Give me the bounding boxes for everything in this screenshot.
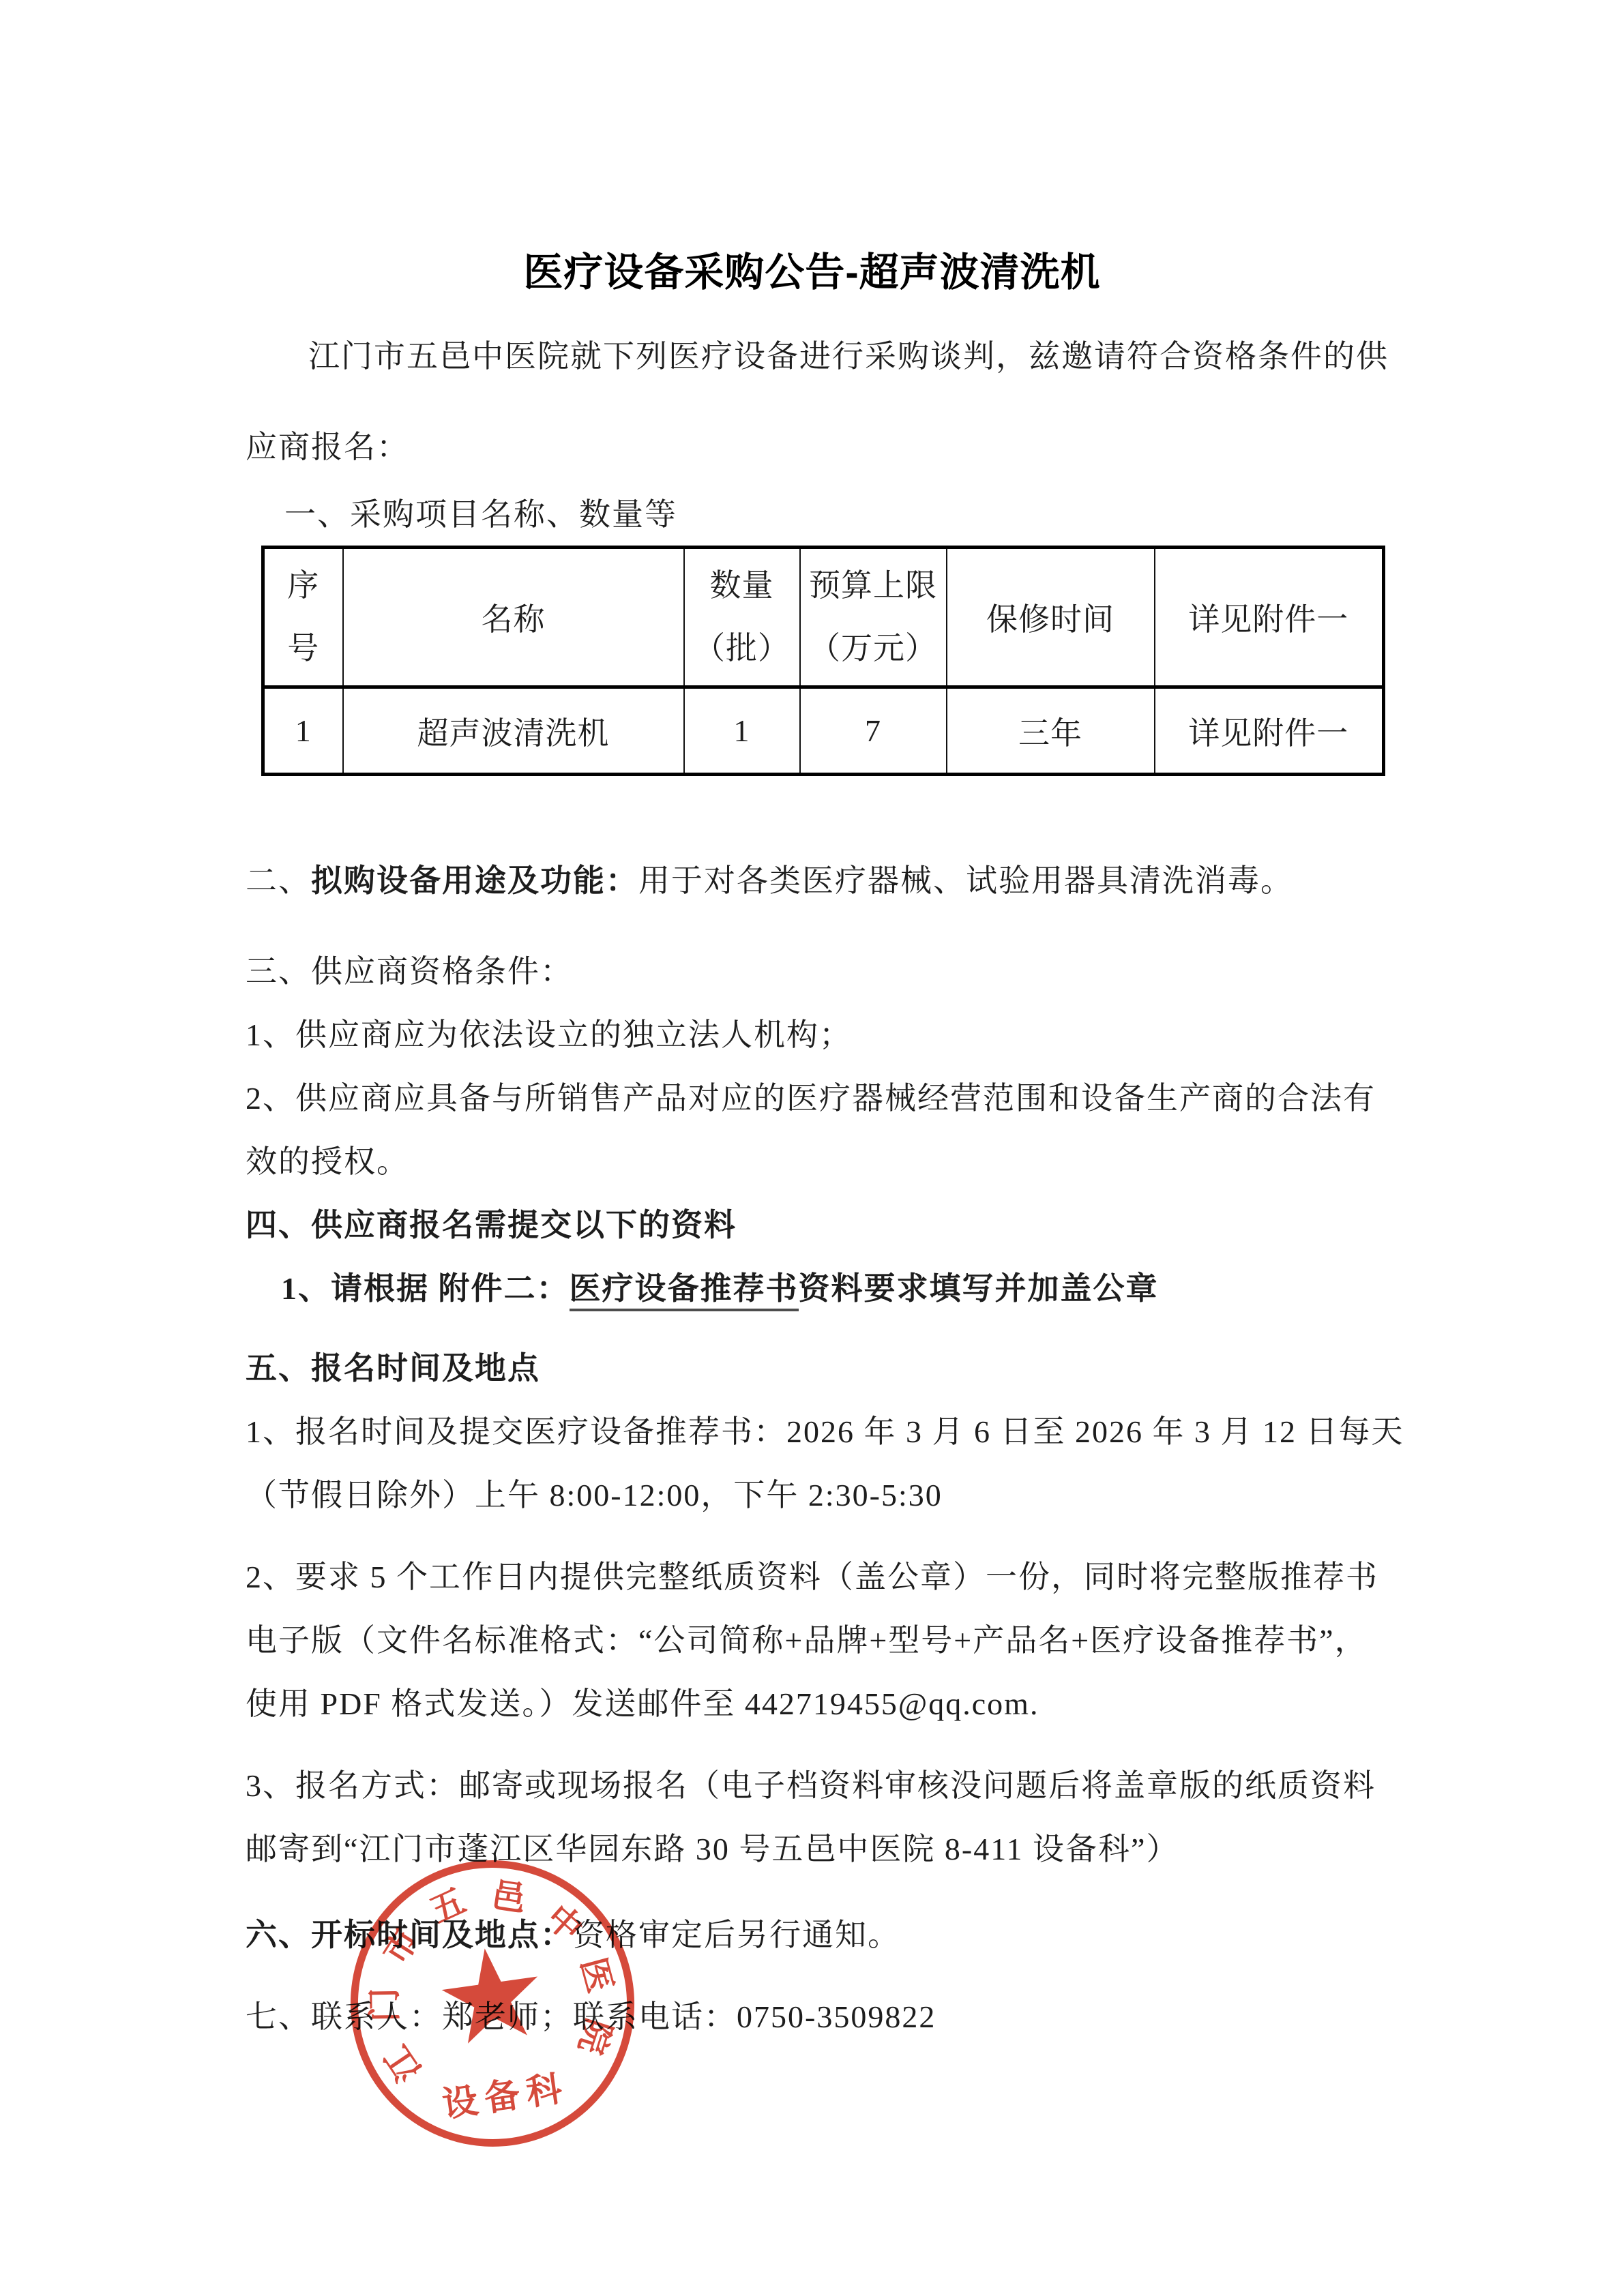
section3-item2-line2: 效的授权。: [246, 1131, 1391, 1193]
table-header-warranty: 保修时间: [947, 548, 1155, 687]
page-title: 医疗设备采购公告-超声波清洗机: [0, 241, 1624, 304]
cell-budget: 7: [800, 687, 947, 775]
section2-num: 二、: [246, 863, 311, 898]
cell-attachment: 详见附件一: [1155, 687, 1384, 775]
table-header-seq: 序 号: [263, 548, 343, 687]
section7-line: 七、联系人：郑老师；联系电话：0750-3509822: [246, 1986, 1391, 2048]
table-row: 1 超声波清洗机 1 7 三年 详见附件一: [263, 687, 1384, 775]
document-page: 医疗设备采购公告-超声波清洗机 江门市五邑中医院就下列医疗设备进行采购谈判，兹邀…: [0, 0, 1624, 2296]
section1-heading: 一、采购项目名称、数量等: [284, 483, 1430, 546]
table-header-qty: 数量 （批）: [684, 548, 800, 687]
cell-name: 超声波清洗机: [343, 687, 684, 775]
section6-text: 资格审定后另行通知。: [573, 1918, 900, 1952]
section5-item3-line1: 3、报名方式：邮寄或现场报名（电子档资料审核没问题后将盖章版的纸质资料: [246, 1755, 1391, 1817]
table-header-budget: 预算上限 （万元）: [800, 548, 947, 687]
section4-item1-suffix: 资料要求填写并加盖公章: [799, 1271, 1159, 1306]
section2-label: 拟购设备用途及功能：: [311, 863, 638, 898]
section4-item1: 1、请根据 附件二：医疗设备推荐书资料要求填写并加盖公章: [281, 1257, 1427, 1320]
section4-heading: 四、供应商报名需提交以下的资料: [246, 1194, 1391, 1257]
intro-line-2: 应商报名：: [246, 416, 1391, 479]
table-header-row: 序 号 名称 数量 （批） 预算上限 （万元） 保修时间 详见附件一: [263, 548, 1384, 687]
section2-line: 二、拟购设备用途及功能：用于对各类医疗器械、试验用器具清洗消毒。: [246, 850, 1391, 912]
section3-heading: 三、供应商资格条件：: [246, 940, 1391, 1003]
table-header-attachment: 详见附件一: [1155, 548, 1384, 687]
section4-item1-underlined: 医疗设备推荐书: [570, 1271, 799, 1311]
section6-line: 六、开标时间及地点：资格审定后另行通知。: [246, 1904, 1391, 1967]
intro-line-1: 江门市五邑中医院就下列医疗设备进行采购谈判，兹邀请符合资格条件的供: [246, 325, 1391, 388]
stamp-dept-label: 设备科: [361, 2048, 649, 2138]
section3-item2-line1: 2、供应商应具备与所销售产品对应的医疗器械经营范围和设备生产商的合法有: [246, 1067, 1391, 1130]
section6-num: 六、: [246, 1918, 311, 1952]
cell-seq: 1: [263, 687, 343, 775]
cell-qty: 1: [684, 687, 800, 775]
section2-text: 用于对各类医疗器械、试验用器具清洗消毒。: [638, 863, 1293, 898]
section3-item1: 1、供应商应为依法设立的独立法人机构；: [246, 1004, 1391, 1067]
section6-label: 开标时间及地点：: [311, 1918, 573, 1952]
section5-item1-line2: （节假日除外）上午 8:00-12:00，下午 2:30-5:30: [246, 1464, 1391, 1527]
table-header-name: 名称: [343, 548, 684, 687]
cell-warranty: 三年: [947, 687, 1155, 775]
section5-item2-line2: 电子版（文件名标准格式：“公司简称+品牌+型号+产品名+医疗设备推荐书”，: [246, 1609, 1391, 1672]
section5-item3-line2: 邮寄到“江门市蓬江区华园东路 30 号五邑中医院 8-411 设备科”）: [246, 1818, 1391, 1881]
section5-item1-line1: 1、报名时间及提交医疗设备推荐书：2026 年 3 月 6 日至 2026 年 …: [246, 1401, 1391, 1463]
section5-item2-line3: 使用 PDF 格式发送。）发送邮件至 442719455@qq.com.: [246, 1673, 1391, 1735]
section5-item2-line1: 2、要求 5 个工作日内提供完整纸质资料（盖公章）一份，同时将完整版推荐书: [246, 1546, 1391, 1609]
procurement-table: 序 号 名称 数量 （批） 预算上限 （万元） 保修时间 详见附件一 1 超声波…: [261, 546, 1385, 776]
section5-heading: 五、报名时间及地点: [246, 1337, 1391, 1400]
section4-item1-prefix: 1、请根据 附件二：: [281, 1271, 570, 1306]
